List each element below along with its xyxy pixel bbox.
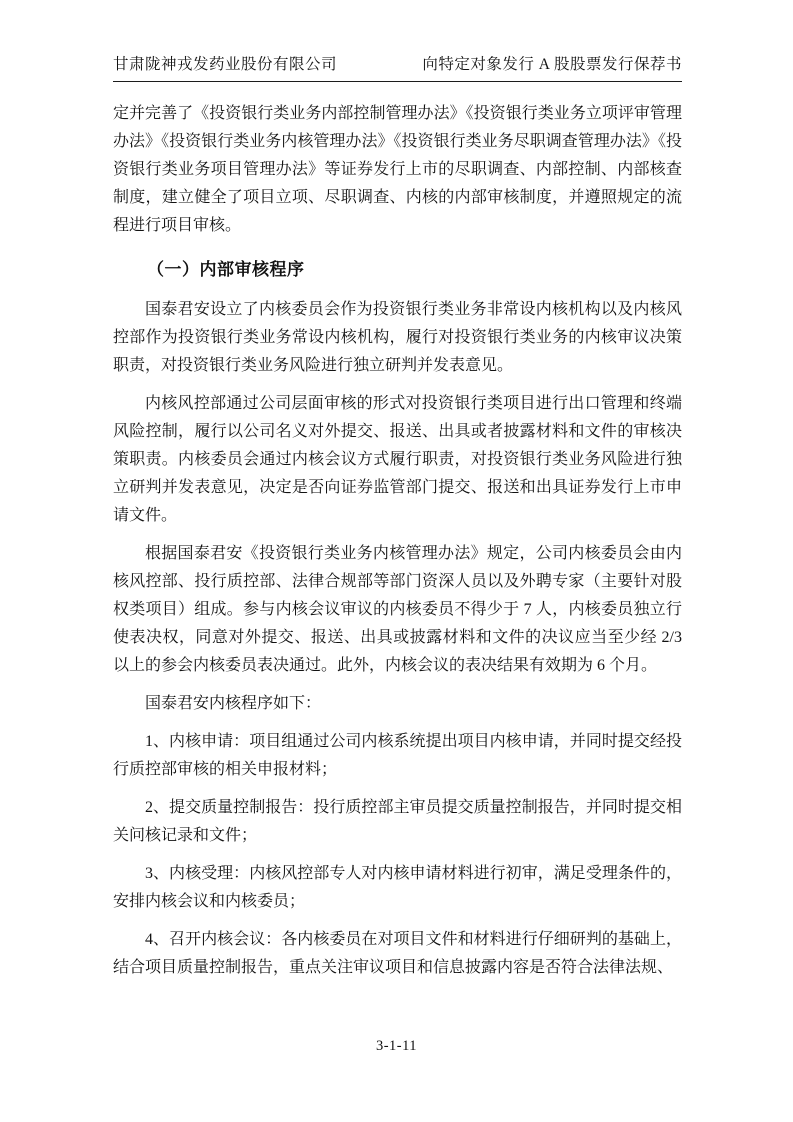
- document-body: 定并完善了《投资银行类业务内部控制管理办法》《投资银行类业务立项评审管理办法》《…: [113, 90, 682, 992]
- page-header: 甘肃陇神戎发药业股份有限公司 向特定对象发行 A 股股票发行保荐书: [113, 52, 682, 82]
- list-item-4: 4、召开内核会议：各内核委员在对项目文件和材料进行仔细研判的基础上，结合项目质量…: [113, 926, 682, 982]
- page-footer: 3-1-11: [0, 1038, 793, 1055]
- paragraph: 根据国泰君安《投资银行类业务内核管理办法》规定，公司内核委员会由内核风控部、投行…: [113, 540, 682, 680]
- paragraph: 内核风控部通过公司层面审核的形式对投资银行类项目进行出口管理和终端风险控制，履行…: [113, 390, 682, 530]
- paragraph: 国泰君安内核程序如下：: [113, 690, 682, 718]
- paragraph: 国泰君安设立了内核委员会作为投资银行类业务非常设内核机构以及内核风控部作为投资银…: [113, 296, 682, 380]
- list-item-1: 1、内核申请：项目组通过公司内核系统提出项目内核申请，并同时提交经投行质控部审核…: [113, 728, 682, 784]
- list-item-3: 3、内核受理：内核风控部专人对内核申请材料进行初审，满足受理条件的，安排内核会议…: [113, 860, 682, 916]
- page-number: 3-1-11: [376, 1038, 417, 1054]
- section-heading-internal-review-procedure: （一）内部审核程序: [113, 256, 682, 284]
- document-page: 甘肃陇神戎发药业股份有限公司 向特定对象发行 A 股股票发行保荐书 定并完善了《…: [0, 0, 793, 1122]
- header-company-name: 甘肃陇神戎发药业股份有限公司: [113, 52, 337, 74]
- header-doc-title: 向特定对象发行 A 股股票发行保荐书: [422, 52, 682, 74]
- paragraph-continuation: 定并完善了《投资银行类业务内部控制管理办法》《投资银行类业务立项评审管理办法》《…: [113, 100, 682, 240]
- list-item-2: 2、提交质量控制报告：投行质控部主审员提交质量控制报告，并同时提交相关问核记录和…: [113, 794, 682, 850]
